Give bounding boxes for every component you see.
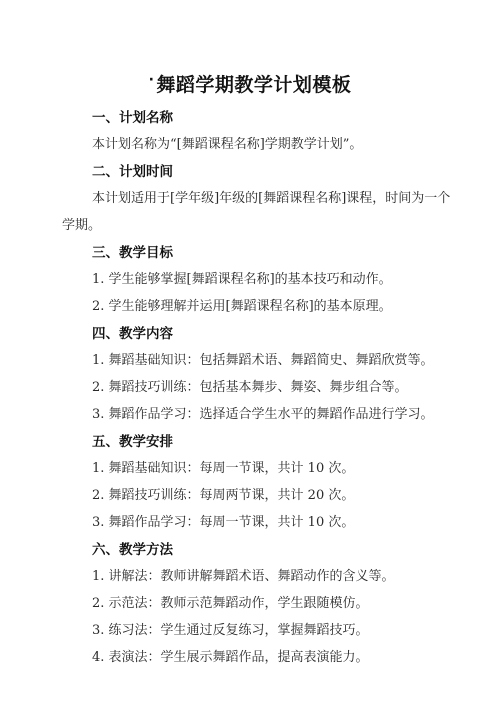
section-heading-content: 四、教学内容: [92, 322, 173, 342]
list-item: 4. 表演法：学生展示舞蹈作品，提高表演能力。: [92, 646, 369, 665]
list-item: 1. 讲解法：教师讲解舞蹈术语、舞蹈动作的含义等。: [92, 565, 395, 584]
list-item: 1. 舞蹈基础知识：包括舞蹈术语、舞蹈简史、舞蹈欣赏等。: [92, 349, 434, 368]
section-heading-plan-name: 一、计划名称: [92, 106, 173, 126]
section-heading-plan-time: 二、计划时间: [92, 160, 173, 180]
section-heading-schedule: 五、教学安排: [92, 430, 173, 450]
document-title: ·舞蹈学期教学计划模板: [0, 70, 500, 97]
section-heading-goals: 三、教学目标: [92, 241, 173, 261]
list-item: 1. 学生能够掌握[舞蹈课程名称]的基本技巧和动作。: [92, 268, 392, 287]
list-item: 2. 舞蹈技巧训练：包括基本舞步、舞姿、舞步组合等。: [92, 376, 408, 395]
paragraph: 本计划名称为“[舞蹈课程名称]学期教学计划”。: [92, 133, 362, 152]
title-marker: ·: [149, 72, 155, 88]
list-item: 2. 学生能够理解并运用[舞蹈课程名称]的基本原理。: [92, 295, 392, 314]
list-item: 2. 舞蹈技巧训练：每周两节课，共计 20 次。: [92, 484, 354, 503]
list-item: 3. 舞蹈作品学习：选择适合学生水平的舞蹈作品进行学习。: [92, 403, 434, 422]
list-item: 3. 练习法：学生通过反复练习，掌握舞蹈技巧。: [92, 619, 369, 638]
document-page: ·舞蹈学期教学计划模板 一、计划名称 本计划名称为“[舞蹈课程名称]学期教学计划…: [0, 0, 500, 707]
list-item: 1. 舞蹈基础知识：每周一节课，共计 10 次。: [92, 457, 354, 476]
section-heading-methods: 六、教学方法: [92, 538, 173, 558]
list-item: 3. 舞蹈作品学习：每周一节课，共计 10 次。: [92, 511, 354, 530]
list-item: 2. 示范法：教师示范舞蹈动作，学生跟随模仿。: [92, 592, 369, 611]
title-text: 舞蹈学期教学计划模板: [156, 74, 351, 96]
paragraph-continuation: 学期。: [62, 214, 101, 233]
paragraph: 本计划适用于[学年级]年级的[舞蹈课程名称]课程，时间为一个: [92, 187, 450, 206]
